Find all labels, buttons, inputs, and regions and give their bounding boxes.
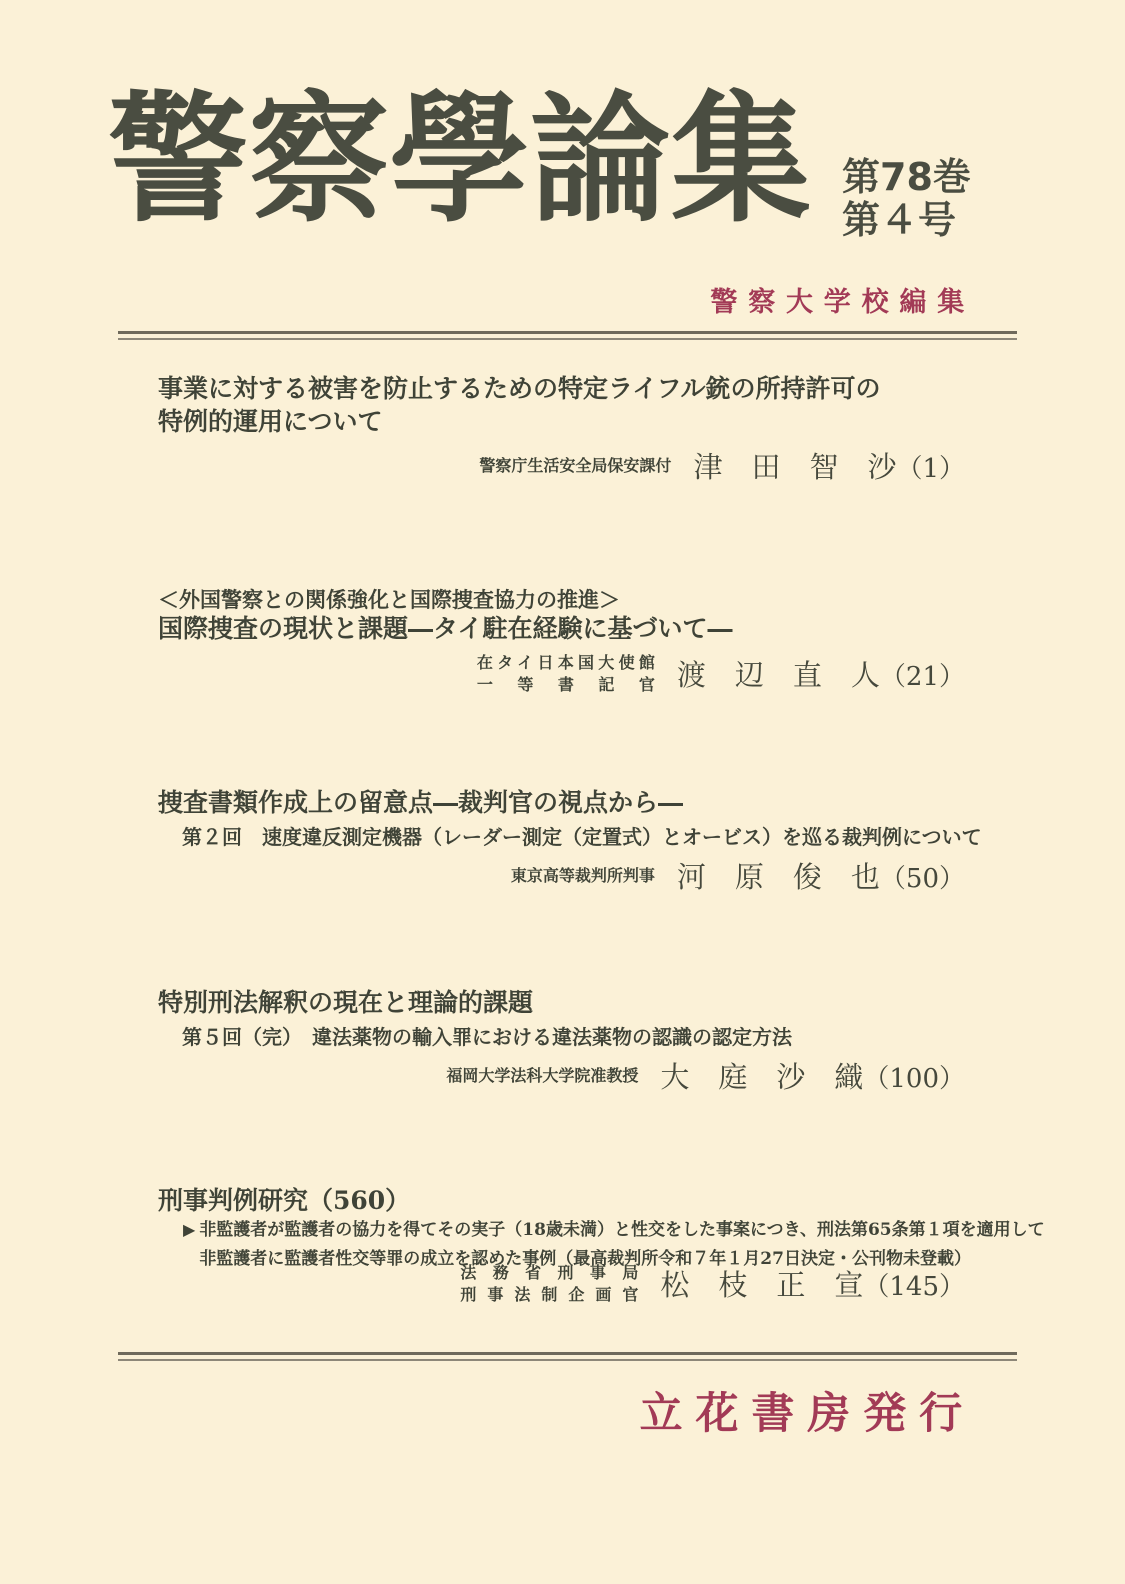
article-5-author-line: 法務省刑事局 刑事法制企画官 松 枝 正 宣（145） [460,1262,965,1305]
publisher-credit: 立花書房発行 [640,1380,975,1441]
article-3-author-line: 東京高等裁判所判事 河 原 俊 也（50） [511,855,965,896]
article-4-title: 特別刑法解釈の現在と理論的課題 [158,986,533,1019]
article-4-author-name: 大 庭 沙 織（100） [660,1055,965,1096]
volume-number: 第78巻 [842,156,971,199]
article-4-subtitle: 第５回（完） 違法薬物の輸入罪における違法薬物の認識の認定方法 [182,1021,792,1050]
article-4-page-number: （100） [863,1064,965,1094]
article-3-subtitle: 第２回 速度違反測定機器（レーダー測定（定置式）とオービス）を巡る裁判例について [182,821,982,850]
article-1-author-name: 津 田 智 沙（1） [693,445,965,486]
article-5-author-name: 松 枝 正 宣（145） [660,1263,965,1304]
article-2-title: 国際捜査の現状と課題―タイ駐在経験に基づいて― [158,612,733,645]
article-4-author-line: 福岡大学法科大学院准教授 大 庭 沙 織（100） [446,1055,965,1096]
article-3-affiliation: 東京高等裁判所判事 [511,865,655,887]
article-4-affiliation: 福岡大学法科大学院准教授 [446,1065,638,1087]
article-2-author-line: 在タイ日本国大使館 一等書記官 渡 辺 直 人（21） [477,652,965,695]
journal-title: 警察學論集 [108,76,812,244]
article-2-author-name: 渡 辺 直 人（21） [677,653,965,694]
triangle-bullet-icon: ▶ [183,1216,195,1245]
article-5-affiliation: 法務省刑事局 刑事法制企画官 [460,1262,638,1305]
article-5-page-number: （145） [863,1272,965,1302]
volume-issue: 第78巻 第４号 [842,156,971,241]
bottom-divider-rule [118,1352,1017,1361]
article-1-page-number: （1） [896,454,965,484]
journal-cover-page: 警察學論集 第78巻 第４号 警察大学校編集 事業に対する被害を防止するための特… [0,0,1125,1584]
article-5-title: 刑事判例研究（560） [158,1184,410,1217]
issue-number: 第４号 [842,199,971,242]
article-1-affiliation: 警察庁生活安全局保安課付 [479,455,671,477]
article-3-page-number: （50） [880,864,965,894]
editor-credit: 警察大学校編集 [710,280,975,319]
article-1-title: 事業に対する被害を防止するための特定ライフル銃の所持許可の 特例的運用について [158,372,881,438]
article-2-affiliation: 在タイ日本国大使館 一等書記官 [477,652,655,695]
article-2-series-heading: ＜外国警察との関係強化と国際捜査協力の推進＞ [158,584,620,614]
article-3-author-name: 河 原 俊 也（50） [677,855,965,896]
top-divider-rule [118,331,1017,340]
article-3-title: 捜査書類作成上の留意点―裁判官の視点から― [158,786,683,819]
article-2-page-number: （21） [880,662,965,692]
article-1-author-line: 警察庁生活安全局保安課付 津 田 智 沙（1） [479,445,965,486]
